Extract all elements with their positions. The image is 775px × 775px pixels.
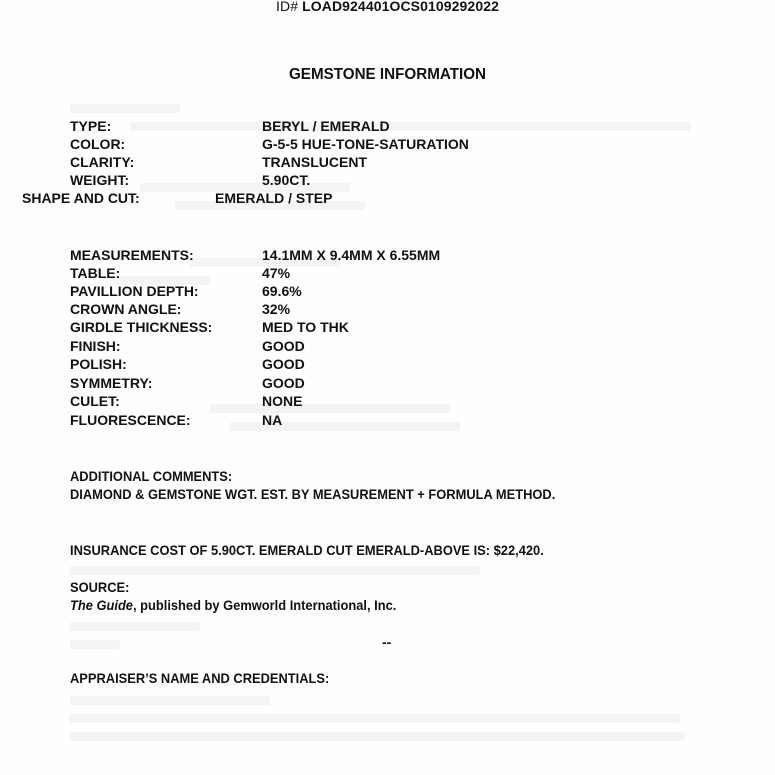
source-citation: The Guide, published by Gemworld Interna…: [70, 596, 425, 614]
girdle-thickness-label: GIRDLE THICKNESS:: [70, 318, 212, 336]
bleed-through-artifact: [70, 696, 270, 705]
weight-value: 5.90CT.: [262, 171, 310, 189]
color-label: COLOR:: [70, 135, 125, 153]
weight-label: WEIGHT:: [70, 171, 129, 189]
color-value: G-5-5 HUE-TONE-SATURATION: [262, 135, 469, 153]
source-heading-text: SOURCE:: [70, 578, 129, 596]
shape-and-cut-label: SHAPE AND CUT:: [22, 189, 140, 207]
bleed-through-artifact: [130, 122, 690, 131]
appraisal-document-page: ID# LOAD924401OCS0109292022 GEMSTONE INF…: [0, 0, 775, 775]
bleed-through-artifact: [70, 622, 200, 631]
type-value: BERYL / EMERALD: [262, 117, 390, 135]
polish-value: GOOD: [262, 355, 305, 373]
shape-and-cut-value: EMERALD / STEP: [215, 189, 332, 207]
source-heading: SOURCE:: [70, 578, 135, 596]
culet-value: NONE: [262, 392, 302, 410]
clarity-label: CLARITY:: [70, 153, 134, 171]
table-label: TABLE:: [70, 264, 120, 282]
measurements-value: 14.1MM X 9.4MM X 6.55MM: [262, 246, 440, 264]
crown-angle-value: 32%: [262, 300, 290, 318]
fluorescence-value: NA: [262, 411, 282, 429]
crown-angle-label: CROWN ANGLE:: [70, 300, 181, 318]
measurements-label: MEASUREMENTS:: [70, 246, 194, 264]
document-id-value: LOAD924401OCS0109292022: [302, 0, 499, 14]
additional-comments-body: DIAMOND & GEMSTONE WGT. EST. BY MEASUREM…: [70, 485, 555, 503]
additional-comments-heading-text: ADDITIONAL COMMENTS:: [70, 467, 232, 485]
type-label: TYPE:: [70, 117, 111, 135]
symmetry-value: GOOD: [262, 374, 305, 392]
clarity-value: TRANSLUCENT: [262, 153, 367, 171]
bleed-through-artifact: [70, 104, 180, 113]
source-citation-text: The Guide, published by Gemworld Interna…: [70, 596, 396, 614]
appraiser-heading-text: APPRAISER’S NAME AND CREDENTIALS:: [70, 669, 329, 687]
page-title: GEMSTONE INFORMATION: [19, 66, 755, 84]
finish-label: FINISH:: [70, 337, 121, 355]
pavillion-depth-value: 69.6%: [262, 282, 302, 300]
finish-value: GOOD: [262, 337, 305, 355]
bleed-through-artifact: [70, 732, 685, 741]
document-id-prefix: ID#: [276, 0, 298, 14]
additional-comments-text: DIAMOND & GEMSTONE WGT. EST. BY MEASUREM…: [70, 485, 597, 503]
separator: --: [382, 634, 391, 650]
bleed-through-artifact: [210, 404, 450, 413]
source-title: The Guide: [70, 597, 133, 613]
insurance-cost-text: INSURANCE COST OF 5.90CT. EMERALD CUT EM…: [70, 541, 544, 559]
polish-label: POLISH:: [70, 355, 127, 373]
culet-label: CULET:: [70, 392, 120, 410]
bleed-through-artifact: [70, 566, 480, 575]
fluorescence-label: FLUORESCENCE:: [70, 411, 191, 429]
pavillion-depth-label: PAVILLION DEPTH:: [70, 282, 199, 300]
insurance-cost-statement: INSURANCE COST OF 5.90CT. EMERALD CUT EM…: [70, 541, 585, 559]
source-publisher: , published by Gemworld International, I…: [133, 597, 396, 613]
symmetry-label: SYMMETRY:: [70, 374, 152, 392]
bleed-through-artifact: [70, 714, 680, 723]
bleed-through-artifact: [70, 640, 120, 649]
document-id: ID# LOAD924401OCS0109292022: [0, 0, 775, 13]
appraiser-heading: APPRAISER’S NAME AND CREDENTIALS:: [70, 669, 352, 687]
table-value: 47%: [262, 264, 290, 282]
girdle-thickness-value: MED TO THK: [262, 318, 349, 336]
additional-comments-heading: ADDITIONAL COMMENTS:: [70, 467, 246, 485]
